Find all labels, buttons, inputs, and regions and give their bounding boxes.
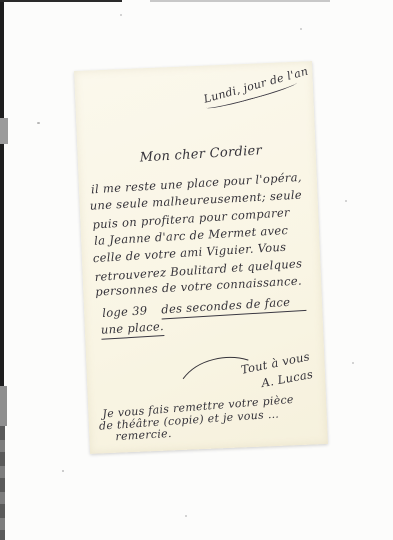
loge-number-text: loge 39 [102, 303, 148, 320]
scan-speck [120, 14, 122, 16]
scan-speck [37, 122, 40, 124]
letter-signature: A. Lucas [260, 369, 313, 390]
scan-speck [62, 470, 64, 472]
scan-edge-patch [0, 386, 7, 426]
place-underlined-text: une place. [101, 319, 165, 340]
scan-speck [300, 28, 302, 30]
loge-line-gap [148, 313, 162, 314]
scan-speck [345, 200, 347, 202]
letter-greeting: Mon cher Cordier [139, 144, 262, 164]
scan-edge-patch [0, 426, 5, 540]
scan-speck [185, 515, 187, 517]
letter-date: Lundi, jour de l'an [203, 66, 312, 112]
letter-loge-line: loge 39des secondes de face [102, 296, 307, 320]
scan-edge-patch [0, 118, 8, 144]
scan-top-edge-line [0, 0, 122, 2]
scan-speck [352, 362, 354, 364]
loge-seconds-underlined-text: des secondes de face [161, 294, 307, 320]
scanned-letter-page: Lundi, jour de l'an Mon cher Cordier il … [0, 0, 393, 540]
letter-place-line: une place. [101, 321, 165, 336]
letter-paper: Lundi, jour de l'an Mon cher Cordier il … [74, 61, 328, 454]
scan-top-edge-line [150, 0, 330, 2]
letter-postscript-line: remercie. [115, 428, 172, 442]
